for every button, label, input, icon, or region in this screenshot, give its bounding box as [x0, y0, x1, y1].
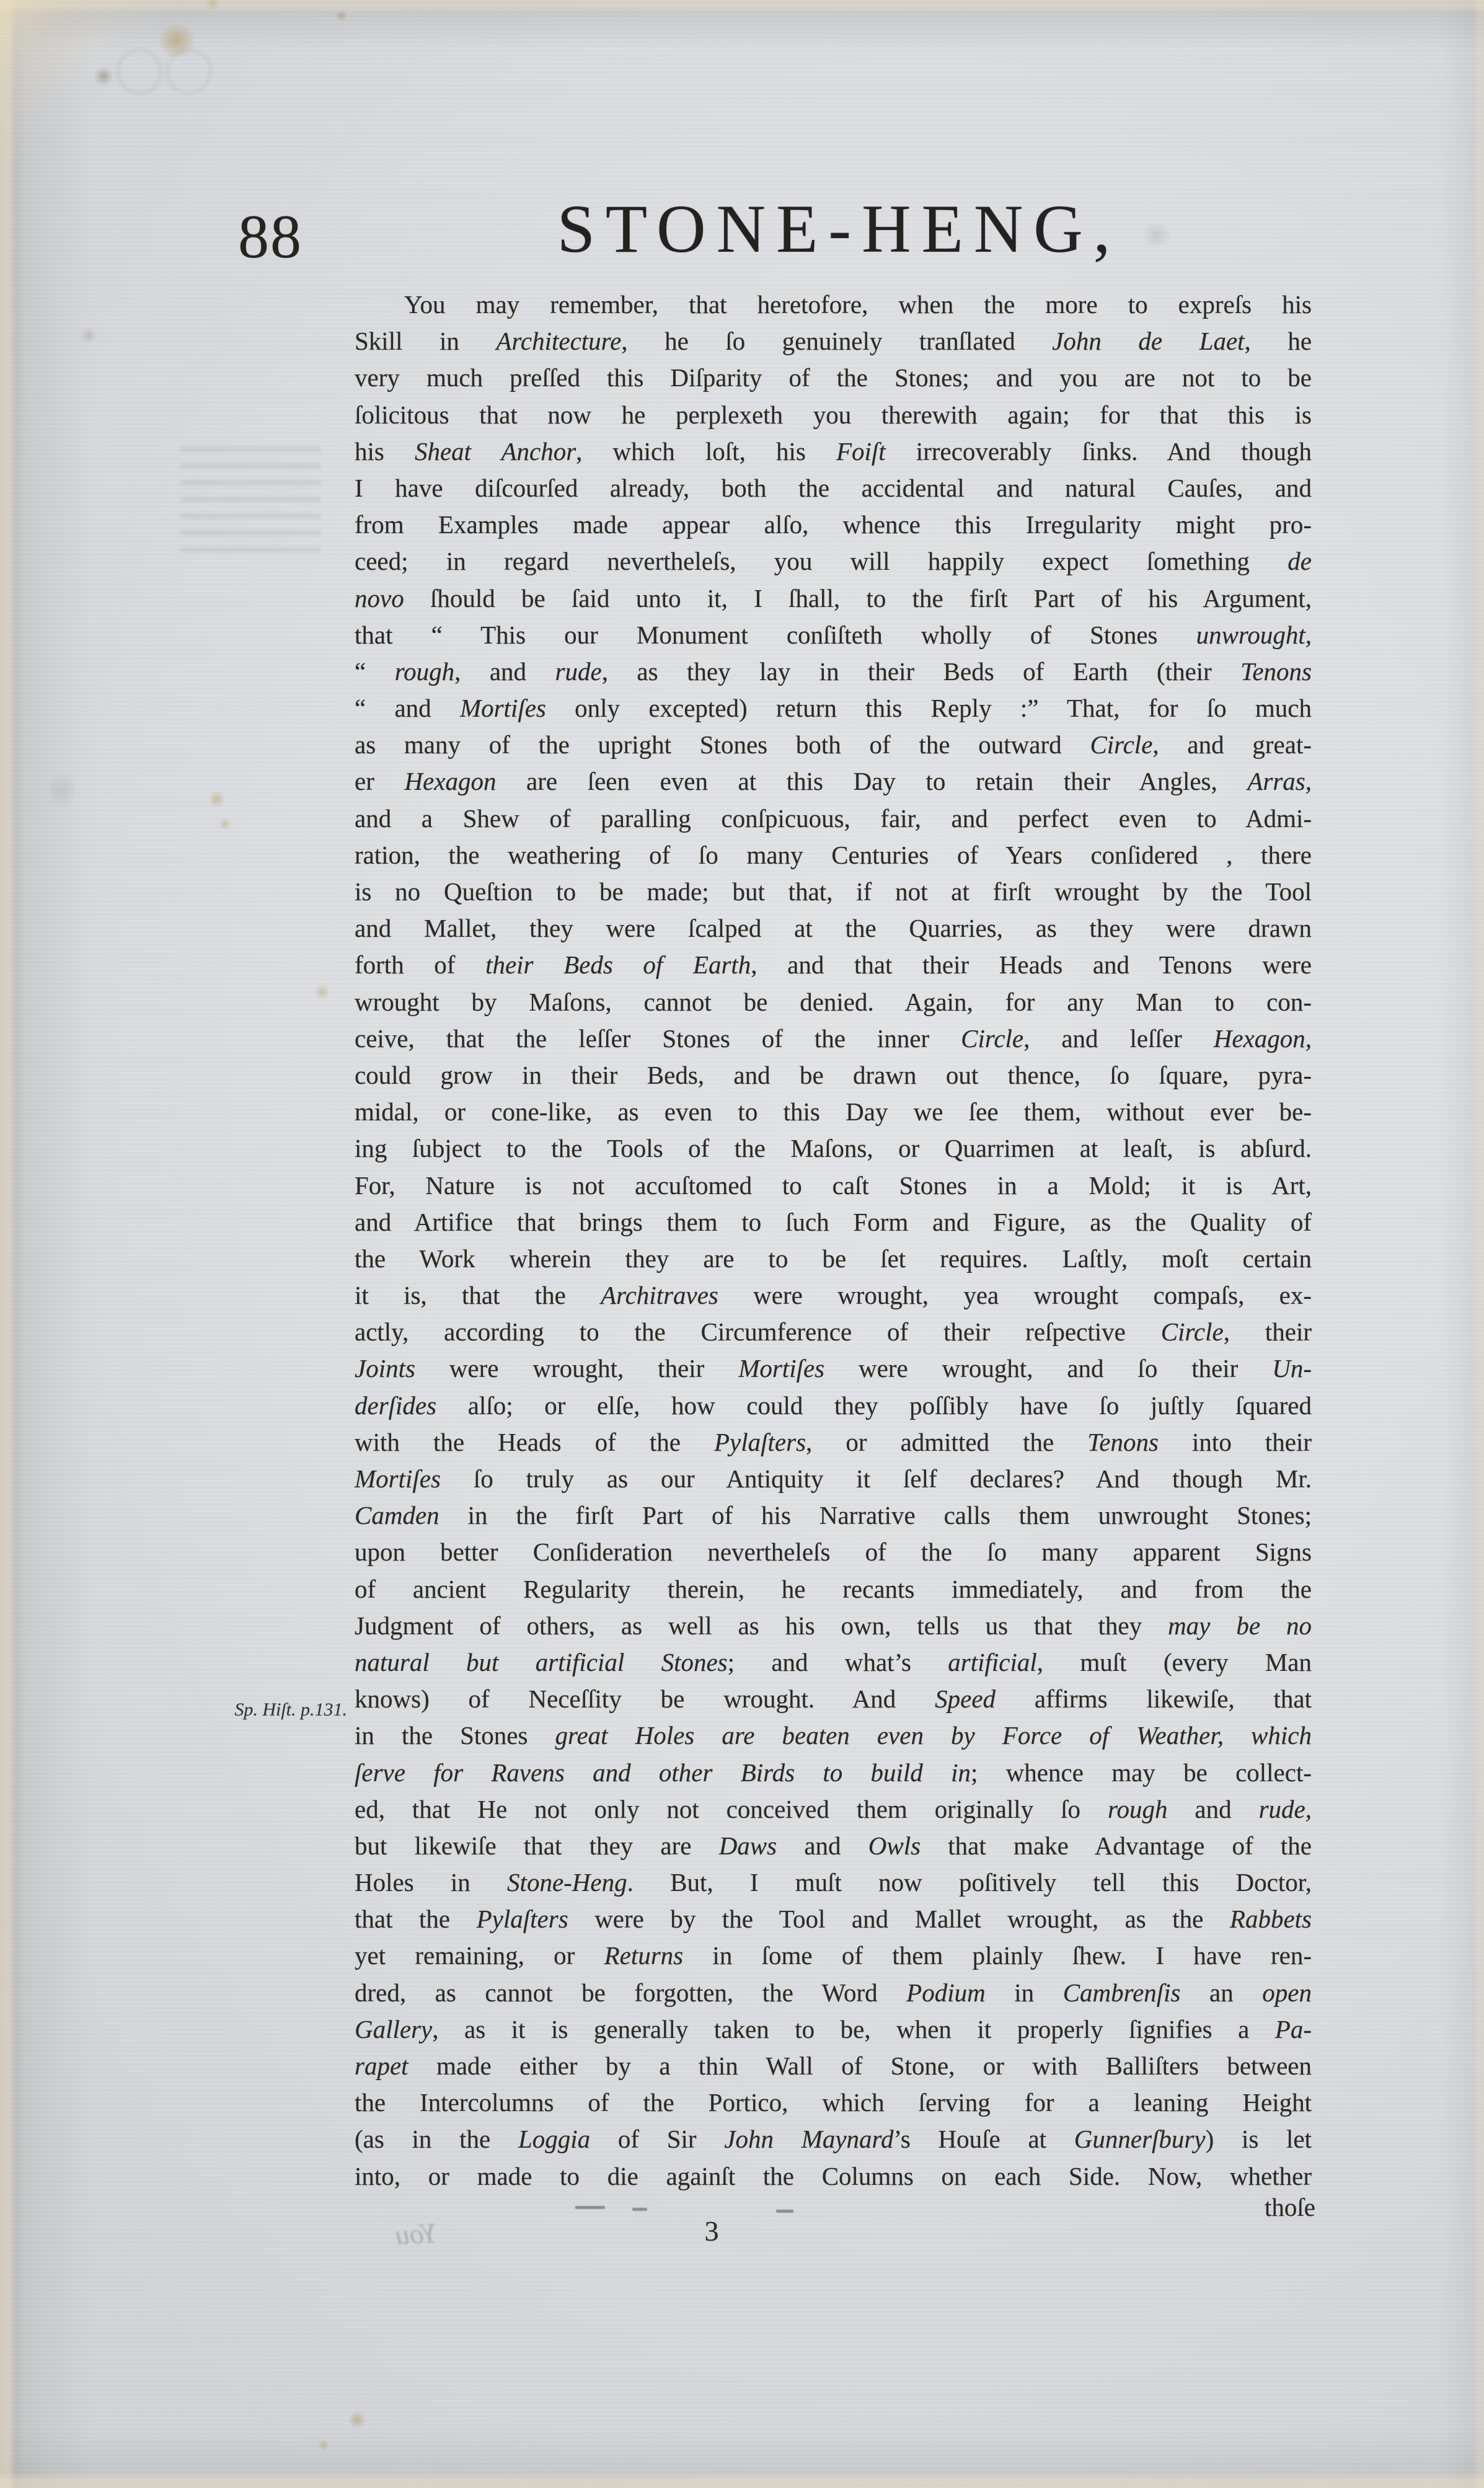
- text-line: dred, as cannot be forgotten, the Word P…: [355, 1975, 1312, 2011]
- text-line: upon better Conſideration nevertheleſs o…: [355, 1534, 1312, 1570]
- text-line: For, Nature is not accuſtomed to caſt St…: [355, 1167, 1312, 1204]
- text-line: ſolicitous that now he perplexeth you th…: [355, 397, 1312, 433]
- text-line: Holes in Stone-Heng. But, I muſt now poſ…: [355, 1864, 1312, 1901]
- text-line: Judgment of others, as well as his own, …: [355, 1608, 1312, 1644]
- text-line: ration, the weathering of ſo many Centur…: [355, 837, 1312, 874]
- text-line: wrought by Maſons, cannot be denied. Aga…: [355, 984, 1312, 1020]
- text-line: but likewiſe that they are Daws and Owls…: [355, 1828, 1312, 1864]
- text-line: er Hexagon are ſeen even at this Day to …: [355, 763, 1312, 800]
- text-block: You may remember, that heretofore, when …: [355, 286, 1312, 2195]
- text-line: that “ This our Monument conſiſteth whol…: [355, 617, 1312, 653]
- text-line: it is, that the Architraves were wrought…: [355, 1277, 1312, 1314]
- margin-note: Sp. Hiſt. p.131.: [197, 1699, 347, 1721]
- fox-spot: [79, 327, 98, 343]
- text-line: that the Pylaſters were by the Tool and …: [355, 1901, 1312, 1937]
- text-line: and Artifice that brings them to ſuch Fo…: [355, 1204, 1312, 1241]
- text-line: the Work wherein they are to be ſet requ…: [355, 1241, 1312, 1277]
- text-line: forth of their Beds of Earth, and that t…: [355, 947, 1312, 983]
- text-line: (as in the Loggia of Sir John Maynard’s …: [355, 2121, 1312, 2158]
- text-line: Gallery, as it is generally taken to be,…: [355, 2011, 1312, 2048]
- text-line: ing ſubject to the Tools of the Maſons, …: [355, 1130, 1312, 1167]
- text-line: actly, according to the Circumference of…: [355, 1314, 1312, 1350]
- text-line: “ rough, and rude, as they lay in their …: [355, 653, 1312, 690]
- text-line: the Intercolumns of the Portico, which ſ…: [355, 2084, 1312, 2121]
- text-line: of ancient Regularity therein, he recant…: [355, 1571, 1312, 1608]
- text-line: Mortiſes ſo truly as our Antiquity it ſe…: [355, 1461, 1312, 1497]
- text-line: “ and Mortiſes only excepted) return thi…: [355, 690, 1312, 727]
- fox-spot: [314, 985, 331, 999]
- text-line: into, or made to die againſt the Columns…: [355, 2158, 1312, 2195]
- text-line: rapet made either by a thin Wall of Ston…: [355, 2048, 1312, 2084]
- text-line: ſerve for Ravens and other Birds to buil…: [355, 1755, 1312, 1791]
- fox-spot: [208, 791, 226, 807]
- show-through-circles: [112, 43, 217, 99]
- book-page: 88 STONE-HENG, You may remember, that he…: [0, 0, 1484, 2488]
- text-line: and Mallet, they were ſcalped at the Qua…: [355, 910, 1312, 947]
- text-line: from Examples made appear alſo, whence t…: [355, 507, 1312, 543]
- show-through-word: You: [356, 2216, 438, 2254]
- fox-spot: [205, 0, 221, 9]
- catchword: thoſe: [356, 2195, 1315, 2220]
- text-line: in the Stones great Holes are beaten eve…: [355, 1717, 1312, 1754]
- text-line: could grow in their Beds, and be drawn o…: [355, 1057, 1312, 1094]
- text-line: midal, or cone-like, as even to this Day…: [355, 1094, 1312, 1130]
- text-line: as many of the upright Stones both of th…: [355, 727, 1312, 763]
- fox-spot: [317, 2440, 330, 2450]
- fox-spot: [335, 10, 348, 21]
- text-line: novo ſhould be ſaid unto it, I ſhall, to…: [355, 580, 1312, 617]
- text-line: with the Heads of the Pylaſters, or admi…: [355, 1424, 1312, 1461]
- fox-spot: [93, 67, 114, 86]
- text-line: knows) of Neceſſity be wrought. And Spee…: [355, 1681, 1312, 1717]
- text-line: I have diſcourſed already, both the acci…: [355, 470, 1312, 507]
- text-line: Camden in the firſt Part of his Narrativ…: [355, 1497, 1312, 1534]
- fox-spot: [155, 25, 198, 57]
- text-line: natural but artificial Stones; and what’…: [355, 1644, 1312, 1681]
- page-title: STONE-HENG,: [356, 195, 1312, 263]
- fox-spot: [347, 2412, 367, 2428]
- text-line: derſides alſo; or elſe, how could they p…: [355, 1388, 1312, 1424]
- text-line: is no Queſtion to be made; but that, if …: [355, 874, 1312, 910]
- fox-spot: [218, 818, 232, 830]
- text-line: and a Shew of paralling conſpicuous, fai…: [355, 800, 1312, 837]
- text-line: ceed; in regard nevertheleſs, you will h…: [355, 543, 1312, 580]
- show-through-text: [181, 443, 320, 552]
- text-line: Skill in Architecture, he ſo genuinely t…: [355, 323, 1312, 360]
- smudge: [50, 769, 74, 812]
- text-line: ceive, that the leſſer Stones of the inn…: [355, 1020, 1312, 1057]
- text-line: ed, that He not only not conceived them …: [355, 1791, 1312, 1828]
- signature-mark: 3: [687, 2217, 736, 2246]
- text-line: You may remember, that heretofore, when …: [355, 286, 1312, 323]
- text-line: Joints were wrought, their Mortiſes were…: [355, 1350, 1312, 1387]
- text-line: very much preſſed this Diſparity of the …: [355, 360, 1312, 396]
- text-line: yet remaining, or Returns in ſome of the…: [355, 1937, 1312, 1974]
- page-number: 88: [238, 206, 303, 268]
- text-line: his Sheat Anchor, which loſt, his Foiſt …: [355, 433, 1312, 470]
